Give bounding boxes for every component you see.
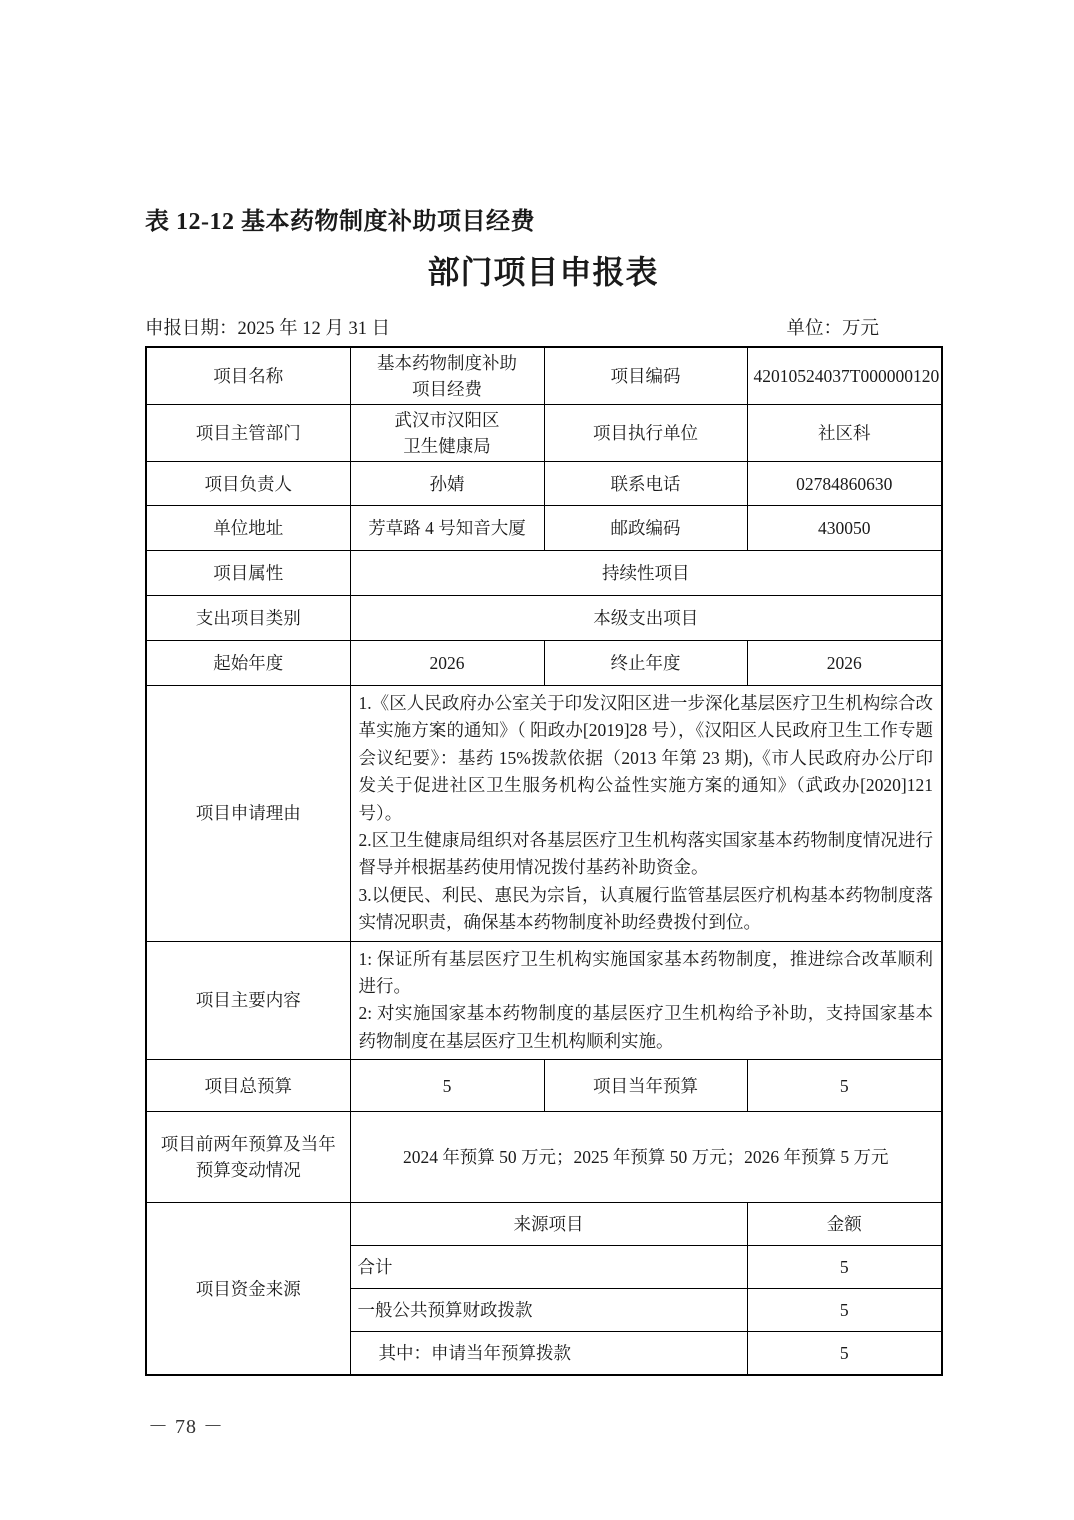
postcode-label: 邮政编码 [544,506,747,551]
row-leader: 项目负责人 孙婧 联系电话 02784860630 [146,462,942,506]
row-years: 起始年度 2026 终止年度 2026 [146,641,942,686]
phone-value: 02784860630 [747,462,942,506]
leader-value: 孙婧 [350,462,544,506]
exec-unit-label: 项目执行单位 [544,405,747,462]
row-address: 单位地址 芳草路 4 号知音大厦 邮政编码 430050 [146,506,942,551]
row-dept: 项目主管部门 武汉市汉阳区 卫生健康局 项目执行单位 社区科 [146,405,942,462]
row-main-content: 项目主要内容 1: 保证所有基层医疗卫生机构实施国家基本药物制度，推进综合改革顺… [146,941,942,1060]
main-content-paragraph: 1: 保证所有基层医疗卫生机构实施国家基本药物制度，推进综合改革顺利进行。 [359,946,934,1001]
fund-source-label: 项目资金来源 [146,1203,350,1375]
start-year-label: 起始年度 [146,641,350,686]
row-attribute: 项目属性 持续性项目 [146,551,942,596]
prev-budget-label: 项目前两年预算及当年 预算变动情况 [146,1112,350,1203]
row-fund-source-header: 项目资金来源 来源项目 金额 [146,1203,942,1246]
fund-public-amount: 5 [747,1289,942,1332]
total-budget-label: 项目总预算 [146,1060,350,1112]
fund-total-amount: 5 [747,1246,942,1289]
apply-reason-paragraph: 1.《区人民政府办公室关于印发汉阳区进一步深化基层医疗卫生机构综合改革实施方案的… [359,690,934,827]
dept-label: 项目主管部门 [146,405,350,462]
end-year-value: 2026 [747,641,942,686]
project-application-table: 项目名称 基本药物制度补助 项目经费 项目编码 42010524037T0000… [145,346,943,1376]
dept-value: 武汉市汉阳区 卫生健康局 [350,405,544,462]
phone-label: 联系电话 [544,462,747,506]
fund-source-col-source: 来源项目 [350,1203,747,1246]
fund-source-col-amount: 金额 [747,1203,942,1246]
declare-date-label: 申报日期：2025 年 12 月 31 日 [145,314,390,340]
apply-reason-label: 项目申请理由 [146,686,350,942]
address-label: 单位地址 [146,506,350,551]
row-project-name: 项目名称 基本药物制度补助 项目经费 项目编码 42010524037T0000… [146,347,942,405]
row-budget: 项目总预算 5 项目当年预算 5 [146,1060,942,1112]
expense-type-label: 支出项目类别 [146,596,350,641]
table-caption: 表 12-12 基本药物制度补助项目经费 [145,201,535,236]
leader-label: 项目负责人 [146,462,350,506]
apply-reason-value: 1.《区人民政府办公室关于印发汉阳区进一步深化基层医疗卫生机构综合改革实施方案的… [350,686,942,942]
fund-public-source: 一般公共预算财政拨款 [350,1289,747,1332]
exec-unit-value: 社区科 [747,405,942,462]
main-content-value: 1: 保证所有基层医疗卫生机构实施国家基本药物制度，推进综合改革顺利进行。 2:… [350,941,942,1060]
expense-type-value: 本级支出项目 [350,596,942,641]
project-code-label: 项目编码 [544,347,747,405]
end-year-label: 终止年度 [544,641,747,686]
prev-budget-value: 2024 年预算 50 万元；2025 年预算 50 万元；2026 年预算 5… [350,1112,942,1203]
row-apply-reason: 项目申请理由 1.《区人民政府办公室关于印发汉阳区进一步深化基层医疗卫生机构综合… [146,686,942,942]
address-value: 芳草路 4 号知音大厦 [350,506,544,551]
document-page: 表 12-12 基本药物制度补助项目经费 部门项目申报表 申报日期：2025 年… [0,0,1074,1520]
total-budget-value: 5 [350,1060,544,1112]
unit-label: 单位：万元 [786,314,941,340]
page-number: － 78 － [148,1410,224,1439]
project-name-label: 项目名称 [146,347,350,405]
year-budget-value: 5 [747,1060,942,1112]
project-name-value: 基本药物制度补助 项目经费 [350,347,544,405]
fund-current-source: 其中：申请当年预算拨款 [350,1332,747,1375]
postcode-value: 430050 [747,506,942,551]
main-content-label: 项目主要内容 [146,941,350,1060]
attribute-value: 持续性项目 [350,551,942,596]
fund-current-amount: 5 [747,1332,942,1375]
fund-total-source: 合计 [350,1246,747,1289]
project-code-value: 42010524037T000000120 [747,347,942,405]
main-content-paragraph: 2: 对实施国家基本药物制度的基层医疗卫生机构给予补助，支持国家基本药物制度在基… [359,1000,934,1055]
form-title: 部门项目申报表 [145,247,941,293]
start-year-value: 2026 [350,641,544,686]
attribute-label: 项目属性 [146,551,350,596]
apply-reason-paragraph: 2.区卫生健康局组织对各基层医疗卫生机构落实国家基本药物制度情况进行督导并根据基… [359,827,934,882]
apply-reason-paragraph: 3.以便民、利民、惠民为宗旨，认真履行监管基层医疗机构基本药物制度落实情况职责，… [359,882,934,937]
year-budget-label: 项目当年预算 [544,1060,747,1112]
row-prev-budget: 项目前两年预算及当年 预算变动情况 2024 年预算 50 万元；2025 年预… [146,1112,942,1203]
meta-row: 申报日期：2025 年 12 月 31 日 单位：万元 [145,314,941,340]
row-expense-type: 支出项目类别 本级支出项目 [146,596,942,641]
